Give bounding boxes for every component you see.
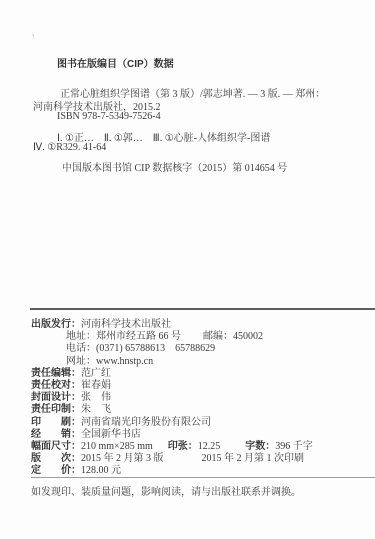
printer-label: 印 刷： [31,417,81,428]
print-supervisor-row: 责任印制：朱 飞 [31,404,375,416]
format-row: 幅面尺寸：210 mm×285 mm印张：12.25字数：396 千字 [31,441,375,453]
editor-label: 责任编辑： [31,368,81,379]
divider-rule-top [30,308,375,310]
size-value: 210 mm×285 mm [81,441,153,452]
price-row: 定 价：128.00 元 [31,465,375,477]
print-supervisor-label: 责任印制： [31,404,81,415]
address-row: 地址：郑州市经五路 66 号邮编：450002 [31,331,375,343]
address-label: 地址： [66,331,96,342]
proofreader-value: 崔春娟 [81,380,111,391]
book-copyright-page: 、 图书在版编目（CIP）数据 正常心脏组织学图谱（第 3 版）/郭志坤著. —… [0,0,375,539]
cip-heading: 图书在版编目（CIP）数据 [57,55,174,70]
price-label: 定 价： [31,465,81,476]
proofreader-label: 责任校对： [31,380,81,391]
editor-value: 范广红 [81,368,111,379]
website-label: 网址： [66,356,96,367]
proofreader-row: 责任校对：崔春娟 [31,380,375,392]
wordcount-label: 字数： [245,441,275,452]
phone-row: 电话：(0371) 65788613 65788629 [31,343,375,355]
website-value: www.hnstp.cn [96,356,153,367]
website-row: 网址：www.hnstp.cn [31,356,375,368]
postcode-label: 邮编： [203,331,233,342]
printing-value: 2015 年 2 月第 1 次印刷 [202,453,305,464]
cover-designer-value: 张 伟 [81,392,111,403]
distributor-row: 经 销：全国新华书店 [31,429,375,441]
cip-record-number: 中国版本图书馆 CIP 数据核字（2015）第 014654 号 [62,159,287,174]
cip-classification-line-2: Ⅳ. ①R329. 41-64 [33,142,106,153]
quality-exchange-note: 如发现印、装质量问题，影响阅读，请与出版社联系并调换。 [31,483,301,498]
sheets-value: 12.25 [198,441,221,452]
print-supervisor-value: 朱 飞 [81,404,111,415]
size-label: 幅面尺寸： [31,441,81,452]
printer-value: 河南省瑞光印务股份有限公司 [81,417,211,428]
cover-designer-label: 封面设计： [31,392,81,403]
postcode-value: 450002 [233,331,263,342]
publisher-row: 出版发行：河南科学技术出版社 [31,319,375,331]
sheets-label: 印张： [168,441,198,452]
price-value: 128.00 元 [81,465,121,476]
distributor-value: 全国新华书店 [81,429,141,440]
colophon-block: 出版发行：河南科学技术出版社 地址：郑州市经五路 66 号邮编：450002 电… [31,319,375,477]
edition-row: 版 次：2015 年 2 月第 3 版2015 年 2 月第 1 次印刷 [31,453,375,465]
edition-label: 版 次： [31,453,81,464]
edition-value: 2015 年 2 月第 3 版 [81,453,164,464]
distributor-label: 经 销： [31,429,81,440]
phone-label: 电话： [66,343,96,354]
editor-row: 责任编辑：范广红 [31,368,375,380]
isbn-number: ISBN 978-7-5349-7526-4 [57,111,161,122]
wordcount-value: 396 千字 [275,441,313,452]
divider-rule-bottom [31,477,375,478]
printer-row: 印 刷：河南省瑞光印务股份有限公司 [31,417,375,429]
cover-designer-row: 封面设计：张 伟 [31,392,375,404]
publisher-value: 河南科学技术出版社 [81,319,171,330]
phone-value: (0371) 65788613 65788629 [96,343,215,354]
scan-artifact-mark: 、 [31,27,41,39]
publisher-label: 出版发行： [31,319,81,330]
address-value: 郑州市经五路 66 号 [96,331,181,342]
